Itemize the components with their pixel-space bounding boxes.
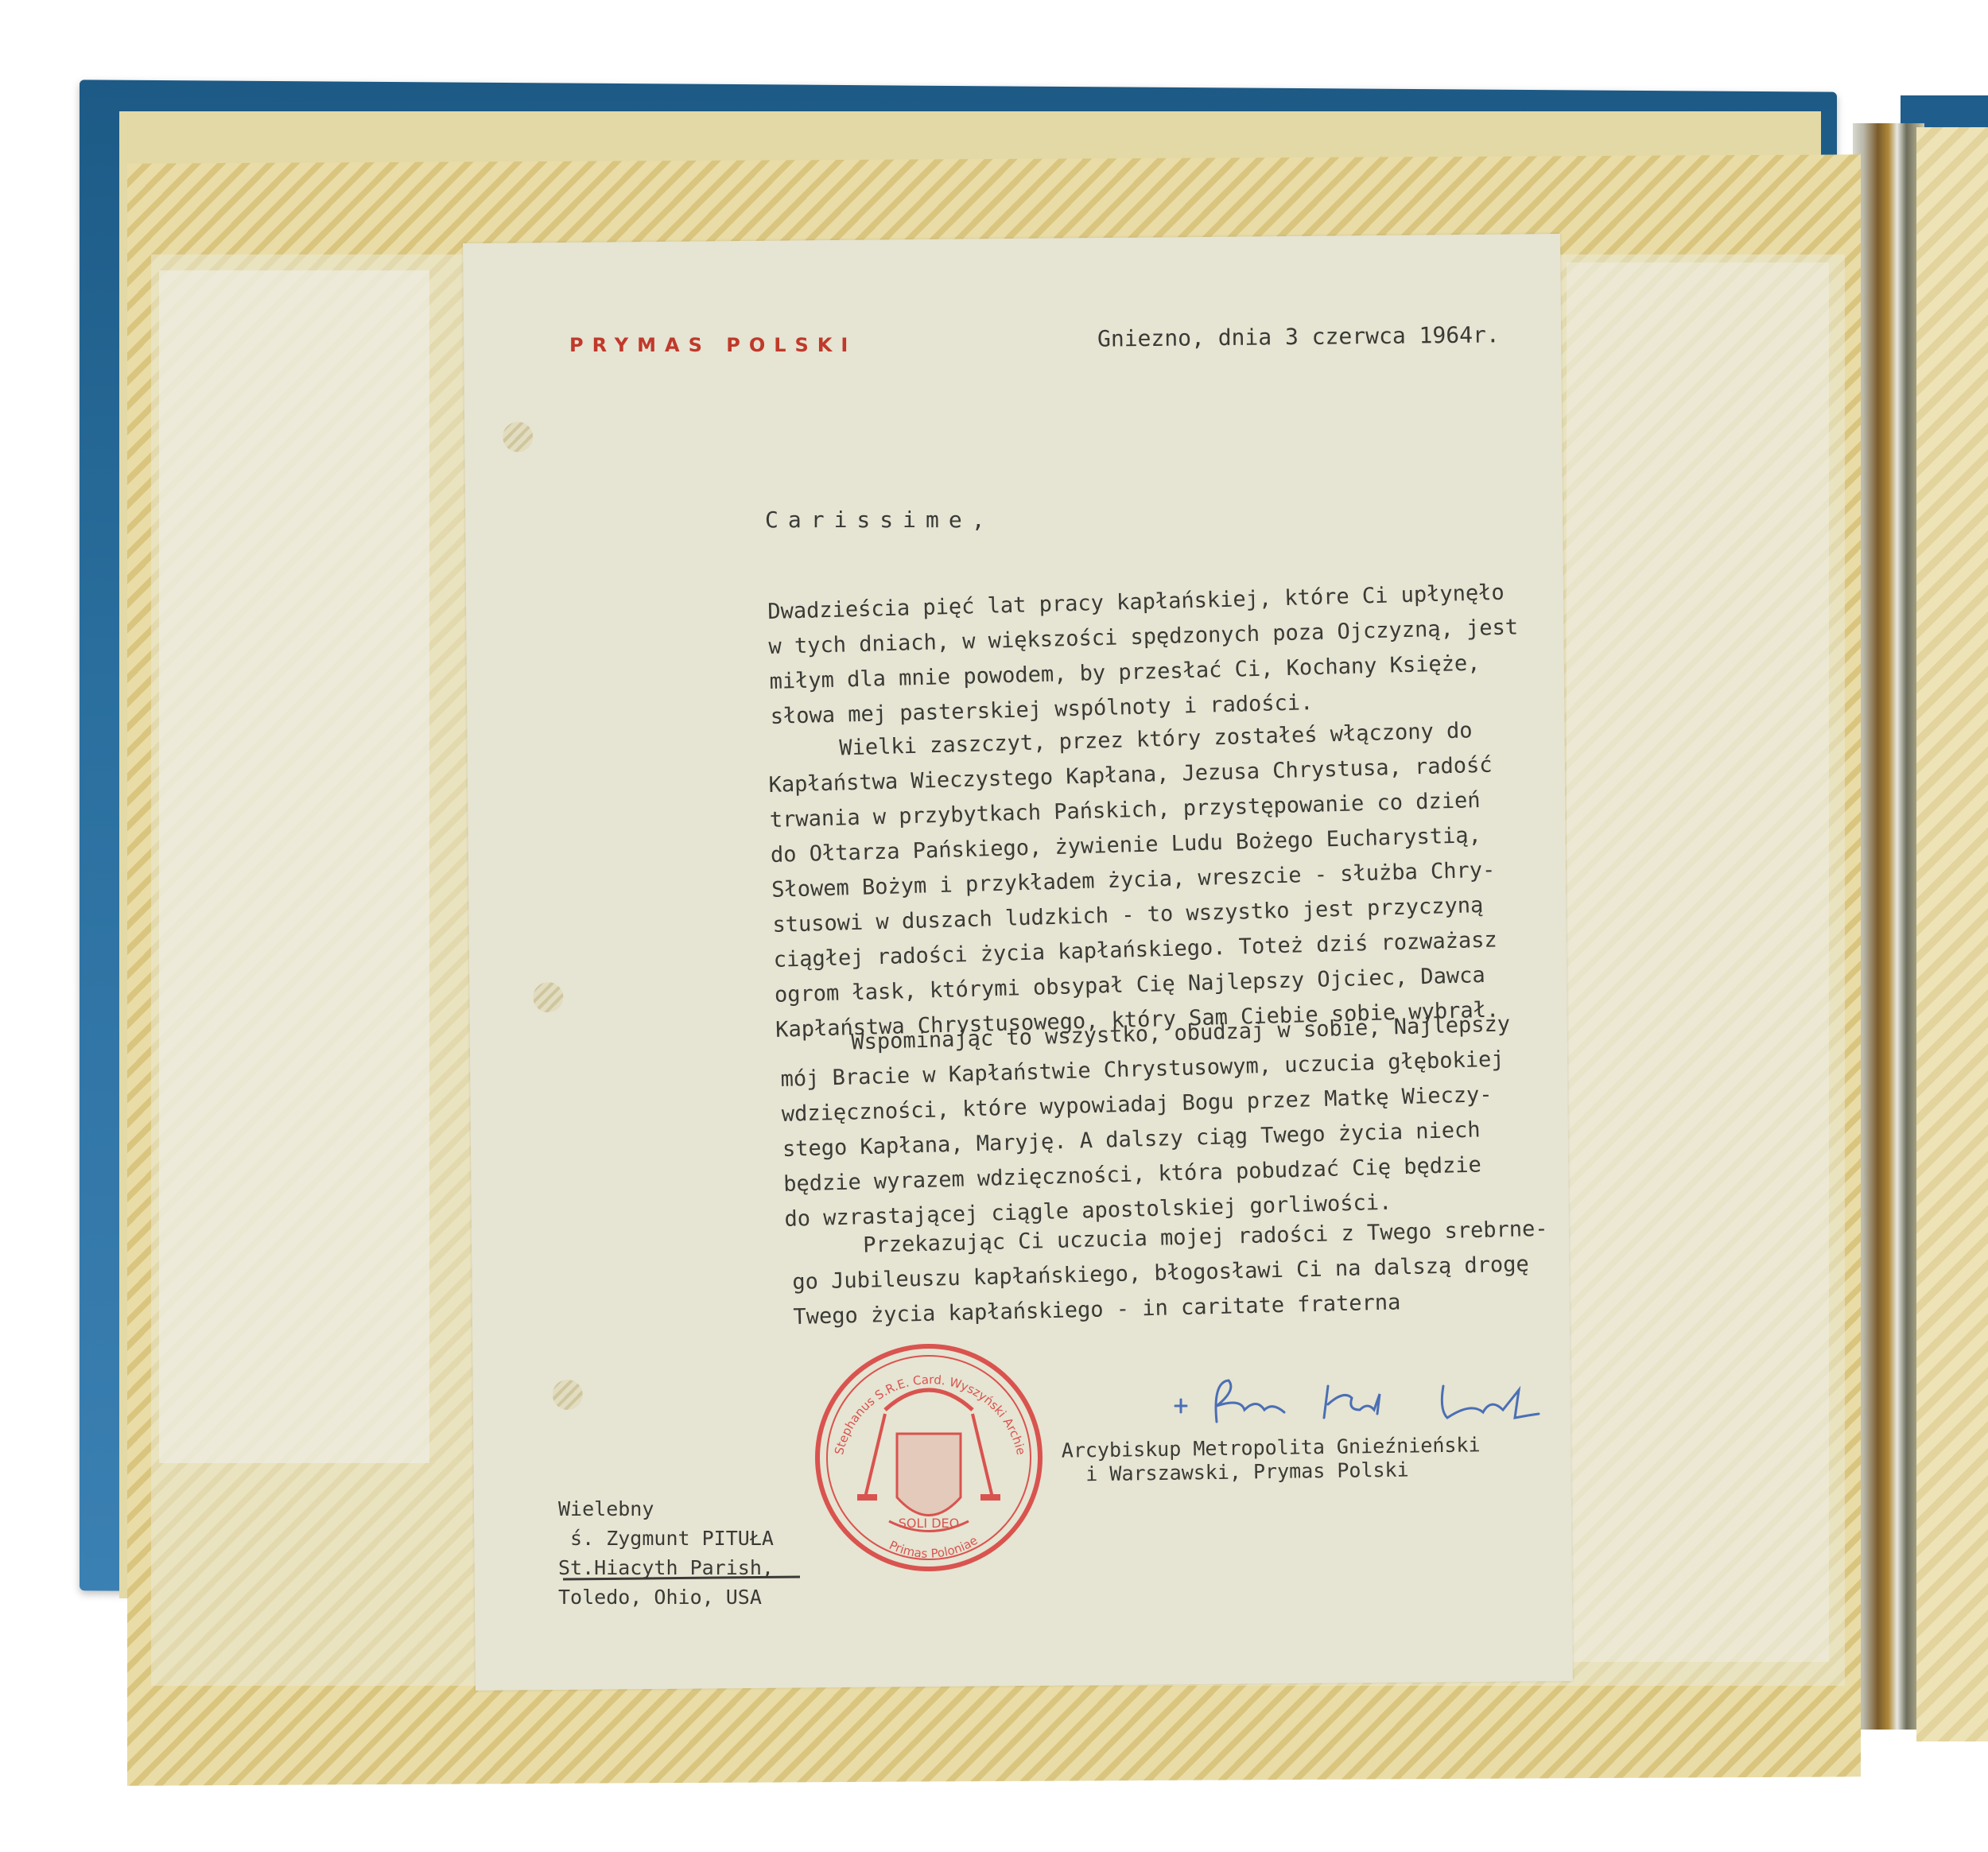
- letterhead: PRYMAS POLSKI: [569, 334, 856, 356]
- punch-hole-icon: [553, 1380, 583, 1410]
- addressee-line: ś. Zygmunt PITUŁA: [558, 1528, 774, 1558]
- signatory-title: Arcybiskup Metropolita Gnieźnieński i Wa…: [1062, 1435, 1481, 1488]
- paragraph-2: Wielki zaszczyt, przez który zostałeś wł…: [767, 720, 1500, 1054]
- punch-hole-icon: [533, 982, 563, 1012]
- addressee-line: Toledo, Ohio, USA: [558, 1587, 774, 1617]
- punch-hole-icon: [503, 421, 533, 452]
- sleeve-panel-right: [1567, 262, 1829, 1662]
- album-right-page[interactable]: [1916, 127, 1988, 1741]
- album-gutter-pages: [1853, 123, 1924, 1730]
- handwritten-signature: [1169, 1374, 1543, 1430]
- addressee-line: Wielebny: [558, 1499, 774, 1528]
- date-line: Gniezno, dnia 3 czerwca 1964r.: [1097, 324, 1500, 350]
- addressee-block: Wielebny ś. Zygmunt PITUŁASt.Hiacyth Par…: [558, 1499, 774, 1617]
- sleeve-panel-left: [159, 270, 429, 1463]
- salutation: Carissime,: [765, 509, 995, 531]
- paragraph-1: Dwadzieścia pięć lat pracy kapłańskiej, …: [767, 581, 1520, 741]
- paragraph-4: Przekazując Ci uczucia mojej radości z T…: [791, 1218, 1550, 1341]
- stamp-bottom-text: Primas Poloniae: [887, 1533, 980, 1561]
- stamp-motto: SOLI DEO: [899, 1516, 960, 1531]
- seal-stamp-icon: Stephanus S.R.E. Card. Wyszyński Archiep…: [810, 1338, 1048, 1577]
- svg-text:Primas Poloniae: Primas Poloniae: [887, 1533, 980, 1561]
- addressee-line: St.Hiacyth Parish,: [558, 1558, 774, 1587]
- paragraph-3: Wspominając to wszystko, obudzaj w sobie…: [779, 1013, 1516, 1244]
